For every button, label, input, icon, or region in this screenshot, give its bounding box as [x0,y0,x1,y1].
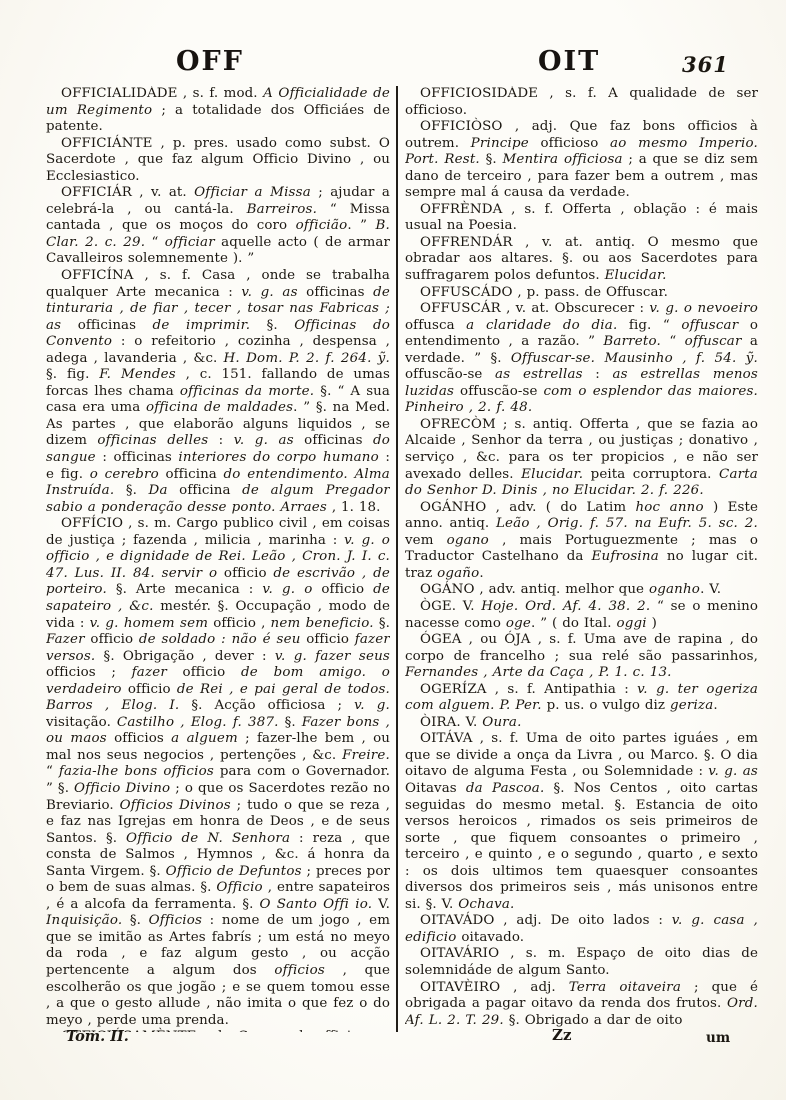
running-title-left: OFF [176,46,244,77]
dictionary-entry: OGÁNHO , adv. ( do Latim hoc anno ) Este… [405,500,758,583]
tome-label: Tom. II. [66,1028,129,1045]
running-title-right: OIT [538,46,600,77]
dictionary-entry: OFFICIALIDÁDE , s. f. mod. A Officialida… [46,86,390,136]
dictionary-entry: OFFICIÁNTE , p. pres. usado como subst. … [46,136,390,186]
dictionary-entry: OFFRÈNDA , s. f. Offerta , oblação : é m… [405,202,758,235]
dictionary-entry: OITAVÁRIO , s. m. Espaço de oito dias de… [405,946,758,979]
dictionary-entry: OFFICIÒSO , adj. Que faz bons officios à… [405,119,758,202]
dictionary-entry: OGERÍZA , s. f. Antipathia : v. g. ter o… [405,682,758,715]
dictionary-entry: OFRECÒM ; s. antiq. Offerta , que se faz… [405,417,758,500]
dictionary-entry: OFFÍCIO , s. m. Cargo publico civil , em… [46,516,390,1029]
dictionary-page: OFF OIT 361 OFFICIALIDÁDE , s. f. mod. A… [0,0,786,1100]
page-number: 361 [682,52,729,77]
dictionary-entry: OFFUSCÁDO , p. pass. de Offuscar. [405,285,758,302]
catchword: um [706,1030,730,1046]
dictionary-entry: ÒGE. V. Hoje. Ord. Af. 4. 38. 2. “ se o … [405,599,758,632]
column-divider [396,86,398,1032]
dictionary-entry: OFFICIÁR , v. at. Officiar a Missa ; aju… [46,185,390,268]
dictionary-entry: OGÁNO , adv. antiq. melhor que oganho. V… [405,582,758,599]
dictionary-entry: ÒIRA. V. Oura. [405,715,758,732]
dictionary-entry: OFFICIOSIDÁDE , s. f. A qualidade de ser… [405,86,758,119]
right-column: OFFICIOSIDÁDE , s. f. A qualidade de ser… [405,86,758,1032]
dictionary-entry: OFFICÍNA , s. f. Casa , onde se trabalha… [46,268,390,516]
dictionary-entry: OITÁVA , s. f. Uma de oito partes iguáes… [405,731,758,913]
dictionary-entry: OFFRENDÁR , v. at. antiq. O mesmo que ob… [405,235,758,285]
left-column: OFFICIALIDÁDE , s. f. mod. A Officialida… [46,86,390,1032]
dictionary-entry: OITAVÈIRO , adj. Terra oitaveira ; que é… [405,980,758,1030]
dictionary-entry: OFFUSCÁR , v. at. Obscurecer : v. g. o n… [405,301,758,417]
dictionary-entry: ÓGEA , ou ÓJA , s. f. Uma ave de rapina … [405,632,758,682]
text-columns: OFFICIALIDÁDE , s. f. mod. A Officialida… [46,86,758,1032]
dictionary-entry: OITAVÁDO , adj. De oito lados : v. g. ca… [405,913,758,946]
signature-mark: Zz [552,1026,571,1044]
